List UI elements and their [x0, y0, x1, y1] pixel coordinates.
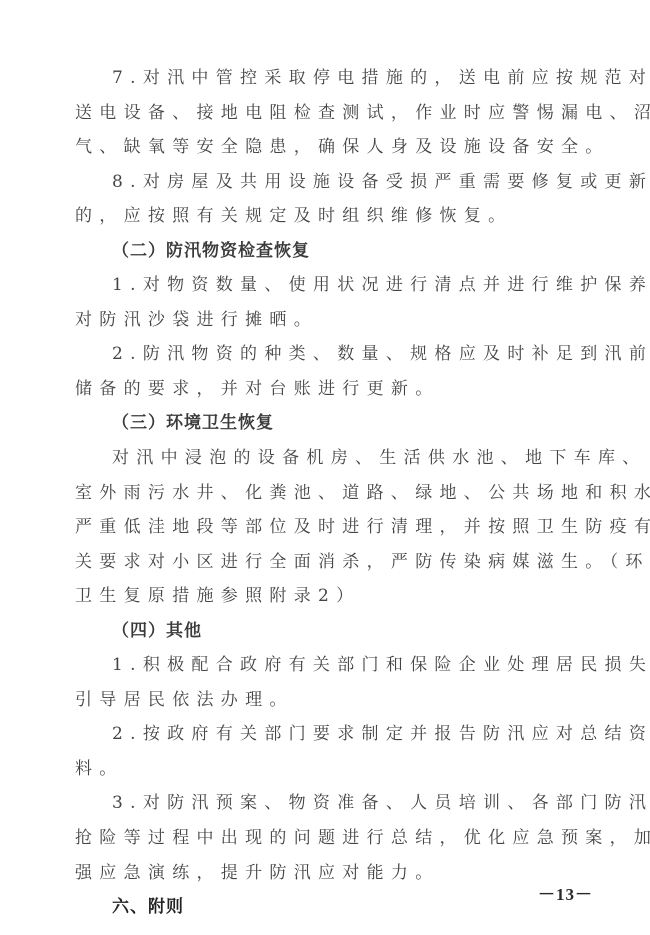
subsection-heading-materials: （二）防汛物资检查恢复	[75, 234, 567, 269]
paragraph-line: 关要求对小区进行全面消杀，严防传染病媒滋生。（环境	[75, 545, 567, 580]
page-number: －13－	[538, 880, 593, 905]
paragraph-line: 1.积极配合政府有关部门和保险企业处理居民损失，	[75, 648, 567, 683]
paragraph-line: 室外雨污水井、化粪池、道路、绿地、公共场地和积水	[75, 476, 567, 511]
paragraph-line: 储备的要求，并对台账进行更新。	[75, 372, 567, 407]
paragraph-line: 3.对防汛预案、物资准备、人员培训、各部门防汛	[75, 786, 567, 821]
paragraph-line: 卫生复原措施参照附录2）	[75, 579, 567, 614]
paragraph-line: 对汛中浸泡的设备机房、生活供水池、地下车库、	[75, 441, 567, 476]
paragraph-line: 送电设备、接地电阻检查测试，作业时应警惕漏电、沼	[75, 96, 567, 131]
paragraph-line: 7.对汛中管控采取停电措施的，送电前应按规范对	[75, 61, 567, 96]
paragraph-line: 8.对房屋及共用设施设备受损严重需要修复或更新	[75, 165, 567, 200]
paragraph-line: 气、缺氧等安全隐患，确保人身及设施设备安全。	[75, 130, 567, 165]
paragraph-line: 抢险等过程中出现的问题进行总结，优化应急预案，加	[75, 821, 567, 856]
document-page: 7.对汛中管控采取停电措施的，送电前应按规范对 送电设备、接地电阻检查测试，作业…	[0, 0, 650, 935]
paragraph-line: 的，应按照有关规定及时组织维修恢复。	[75, 199, 567, 234]
paragraph-line: 强应急演练，提升防汛应对能力。	[75, 856, 567, 891]
subsection-heading-other: （四）其他	[75, 614, 567, 649]
paragraph-line: 1.对物资数量、使用状况进行清点并进行维护保养，	[75, 268, 567, 303]
document-body: 7.对汛中管控采取停电措施的，送电前应按规范对 送电设备、接地电阻检查测试，作业…	[75, 61, 567, 925]
paragraph-line: 严重低洼地段等部位及时进行清理，并按照卫生防疫有	[75, 510, 567, 545]
paragraph-line: 引导居民依法办理。	[75, 683, 567, 718]
paragraph-line: 2.按政府有关部门要求制定并报告防汛应对总结资	[75, 717, 567, 752]
paragraph-line: 对防汛沙袋进行摊晒。	[75, 303, 567, 338]
section-heading-appendix: 六、附则	[75, 890, 567, 925]
paragraph-line: 2.防汛物资的种类、数量、规格应及时补足到汛前	[75, 337, 567, 372]
paragraph-line: 料。	[75, 752, 567, 787]
subsection-heading-sanitation: （三）环境卫生恢复	[75, 406, 567, 441]
